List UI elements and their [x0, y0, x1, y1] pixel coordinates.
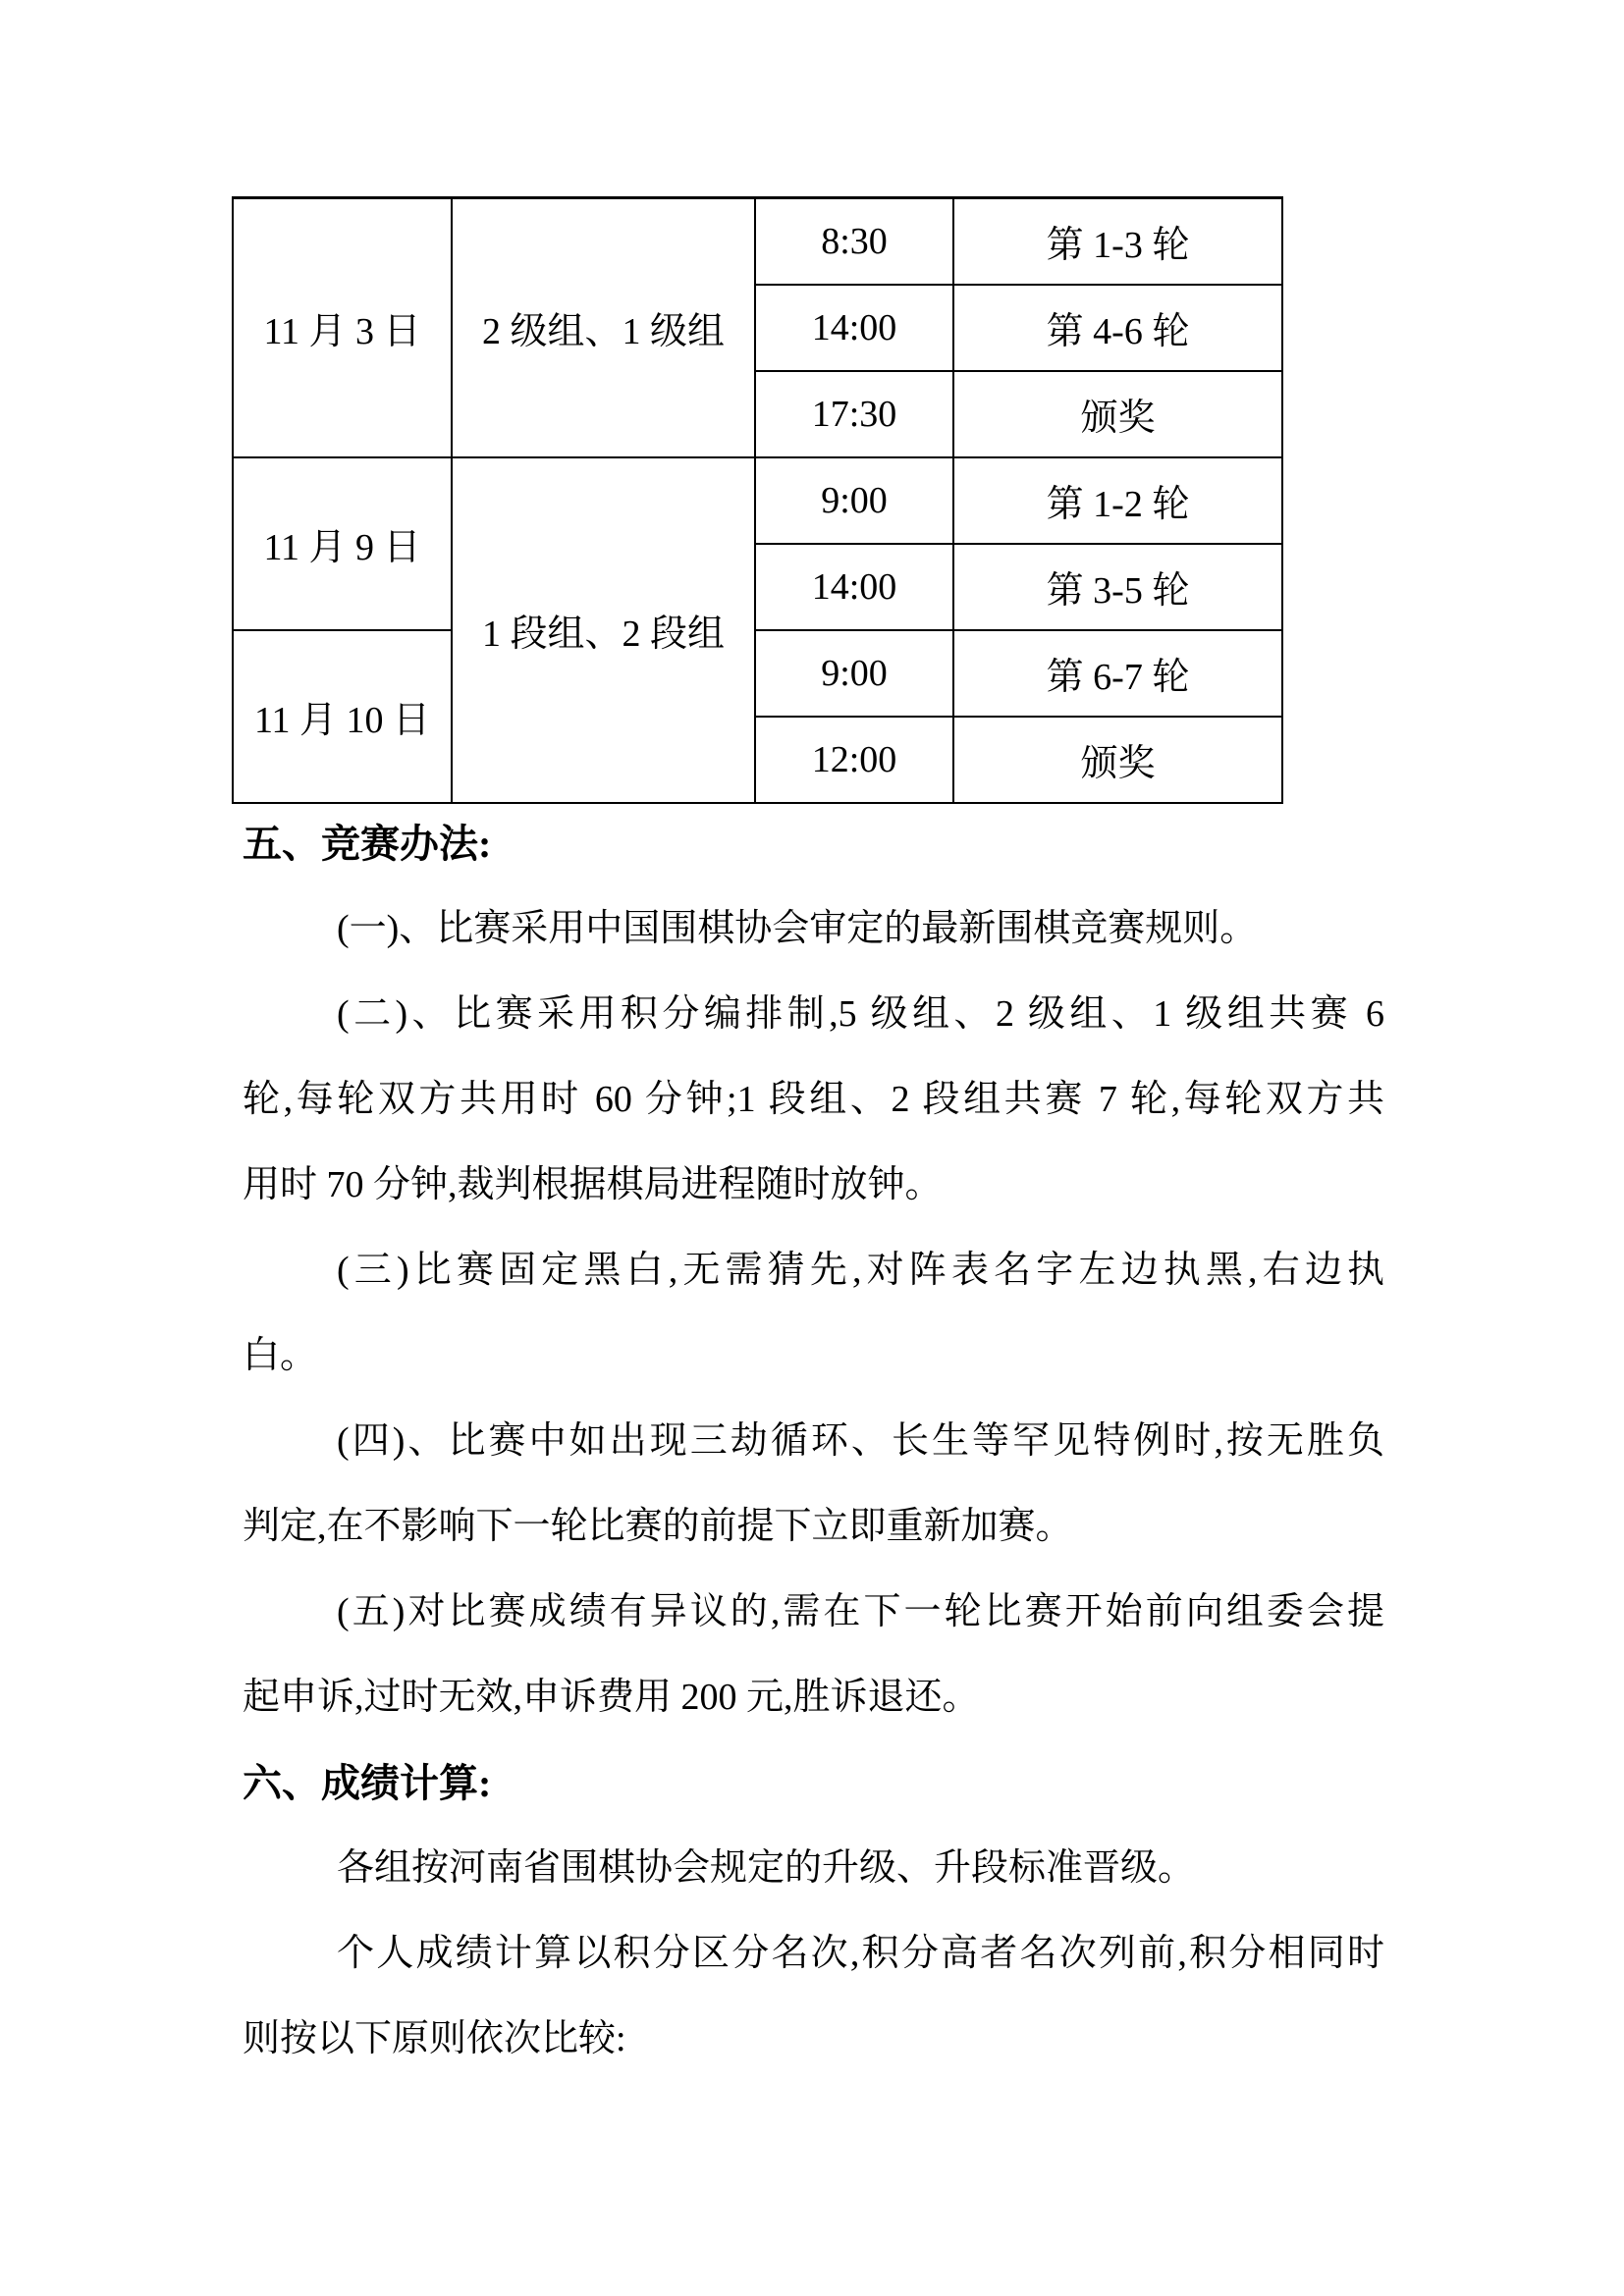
date-cell: 11 月 9 日	[233, 457, 452, 630]
document-page: 11 月 3 日 2 级组、1 级组 8:30 第 1-3 轮 14:00 第 …	[0, 0, 1624, 2296]
time-cell: 17:30	[755, 371, 953, 457]
section-heading-5: 五、竞赛办法:	[243, 801, 1384, 886]
group-cell: 1 段组、2 段组	[452, 457, 755, 803]
text-line: (一)、比赛采用中国围棋协会审定的最新围棋竞赛规则。	[243, 886, 1384, 972]
text-line: 白。	[243, 1313, 1384, 1399]
time-cell: 8:30	[755, 198, 953, 285]
table-row: 11 月 9 日 1 段组、2 段组 9:00 第 1-2 轮	[233, 457, 1282, 544]
round-cell: 颁奖	[953, 371, 1282, 457]
text-line: 判定,在不影响下一轮比赛的前提下立即重新加赛。	[243, 1484, 1384, 1570]
time-cell: 12:00	[755, 717, 953, 803]
round-cell: 第 1-3 轮	[953, 198, 1282, 285]
table-row: 11 月 3 日 2 级组、1 级组 8:30 第 1-3 轮	[233, 198, 1282, 285]
text-line: 用时 70 分钟,裁判根据棋局进程随时放钟。	[243, 1143, 1384, 1228]
round-cell: 第 3-5 轮	[953, 544, 1282, 630]
text-line: (二)、比赛采用积分编排制,5 级组、2 级组、1 级组共赛 6	[243, 972, 1384, 1057]
text-line: 则按以下原则依次比较:	[243, 1997, 1384, 2082]
time-cell: 9:00	[755, 457, 953, 544]
table-row: 11 月 10 日 9:00 第 6-7 轮	[233, 630, 1282, 717]
time-cell: 14:00	[755, 285, 953, 371]
round-cell: 第 1-2 轮	[953, 457, 1282, 544]
text-line: 各组按河南省围棋协会规定的升级、升段标准晋级。	[243, 1826, 1384, 1911]
text-line: 个人成绩计算以积分区分名次,积分高者名次列前,积分相同时	[243, 1911, 1384, 1997]
body-text: 五、竞赛办法: (一)、比赛采用中国围棋协会审定的最新围棋竞赛规则。 (二)、比…	[243, 801, 1384, 2082]
text-line: 轮,每轮双方共用时 60 分钟;1 段组、2 段组共赛 7 轮,每轮双方共	[243, 1057, 1384, 1143]
round-cell: 颁奖	[953, 717, 1282, 803]
round-cell: 第 4-6 轮	[953, 285, 1282, 371]
round-cell: 第 6-7 轮	[953, 630, 1282, 717]
date-cell: 11 月 10 日	[233, 630, 452, 803]
section-heading-6: 六、成绩计算:	[243, 1740, 1384, 1826]
time-cell: 9:00	[755, 630, 953, 717]
text-line: (四)、比赛中如出现三劫循环、长生等罕见特例时,按无胜负	[243, 1399, 1384, 1484]
date-cell: 11 月 3 日	[233, 198, 452, 457]
time-cell: 14:00	[755, 544, 953, 630]
text-line: 起申诉,过时无效,申诉费用 200 元,胜诉退还。	[243, 1655, 1384, 1740]
schedule-table: 11 月 3 日 2 级组、1 级组 8:30 第 1-3 轮 14:00 第 …	[232, 196, 1283, 804]
group-cell: 2 级组、1 级组	[452, 198, 755, 457]
text-line: (三)比赛固定黑白,无需猜先,对阵表名字左边执黑,右边执	[243, 1228, 1384, 1313]
text-line: (五)对比赛成绩有异议的,需在下一轮比赛开始前向组委会提	[243, 1570, 1384, 1655]
